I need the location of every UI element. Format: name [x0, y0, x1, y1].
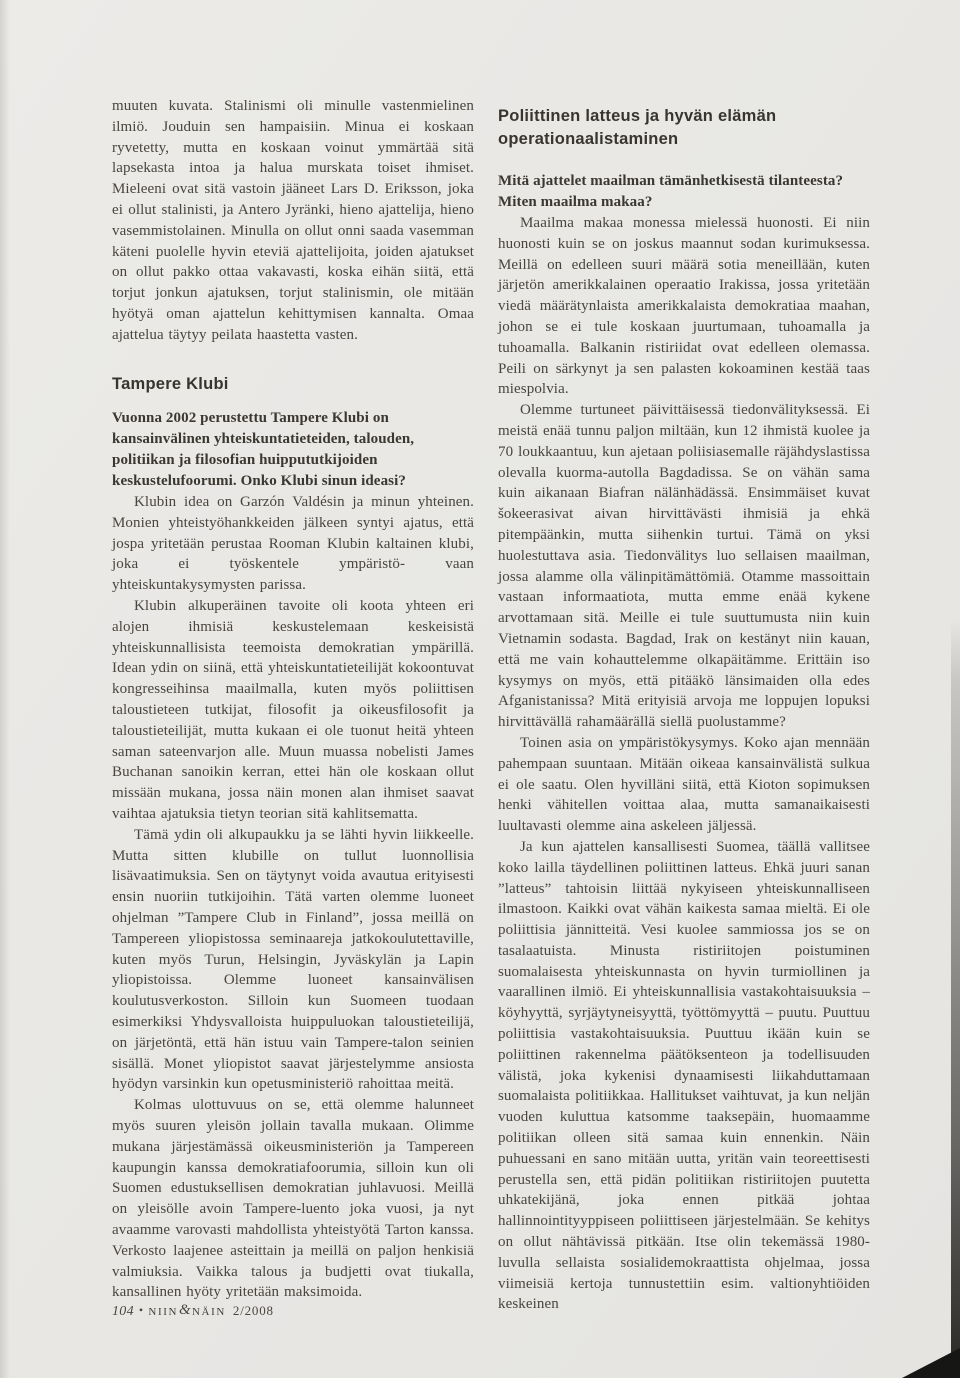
journal-title-word: niin [148, 1306, 178, 1318]
intro-paragraph: muuten kuvata. Stalinismi oli minulle va… [112, 96, 474, 346]
scanned-journal-page: muuten kuvata. Stalinismi oli minulle va… [0, 0, 960, 1378]
section-heading-poliittinen-latteus: Poliittinen latteus ja hyvän elämän oper… [498, 105, 828, 150]
right-column: Poliittinen latteus ja hyvän elämän oper… [498, 96, 870, 1315]
paragraph: Klubin alkuperäinen tavoite oli koota yh… [112, 596, 474, 825]
left-column: muuten kuvata. Stalinismi oli minulle va… [112, 96, 474, 1315]
section-heading-tampere-klubi: Tampere Klubi [112, 373, 474, 396]
paragraph: Ja kun ajattelen kansallisesti Suomea, t… [498, 837, 870, 1315]
scan-left-edge-shadow [0, 0, 10, 1378]
paragraph: Klubin idea on Garzón Valdésin ja minun … [112, 492, 474, 596]
interview-lead-question: Mitä ajattelet maailman tämänhetkisestä … [498, 171, 870, 213]
journal-title-word: näin [192, 1306, 226, 1318]
paragraph: Olemme turtuneet päivittäisessä tiedonvä… [498, 400, 870, 733]
page-number: 104 [112, 1304, 134, 1319]
scan-right-edge-shadow [951, 620, 960, 1378]
paragraph: Toinen asia on ympäristökysymys. Koko aj… [498, 733, 870, 837]
paragraph: Tämä ydin oli alkupaukku ja se lähti hyv… [112, 825, 474, 1095]
two-column-text-area: muuten kuvata. Stalinismi oli minulle va… [112, 96, 870, 1315]
paragraph: Maailma makaa monessa mielessä huonosti.… [498, 213, 870, 400]
footer-separator-bullet: • [139, 1303, 144, 1317]
interview-lead-question: Vuonna 2002 perustettu Tampere Klubi on … [112, 408, 474, 492]
journal-ampersand: & [179, 1302, 191, 1318]
issue-number: 2/2008 [233, 1303, 274, 1318]
page-footer: 104•niin&näin2/2008 [112, 1303, 274, 1320]
paragraph: Kolmas ulottuvuus on se, että olemme hal… [112, 1095, 474, 1303]
